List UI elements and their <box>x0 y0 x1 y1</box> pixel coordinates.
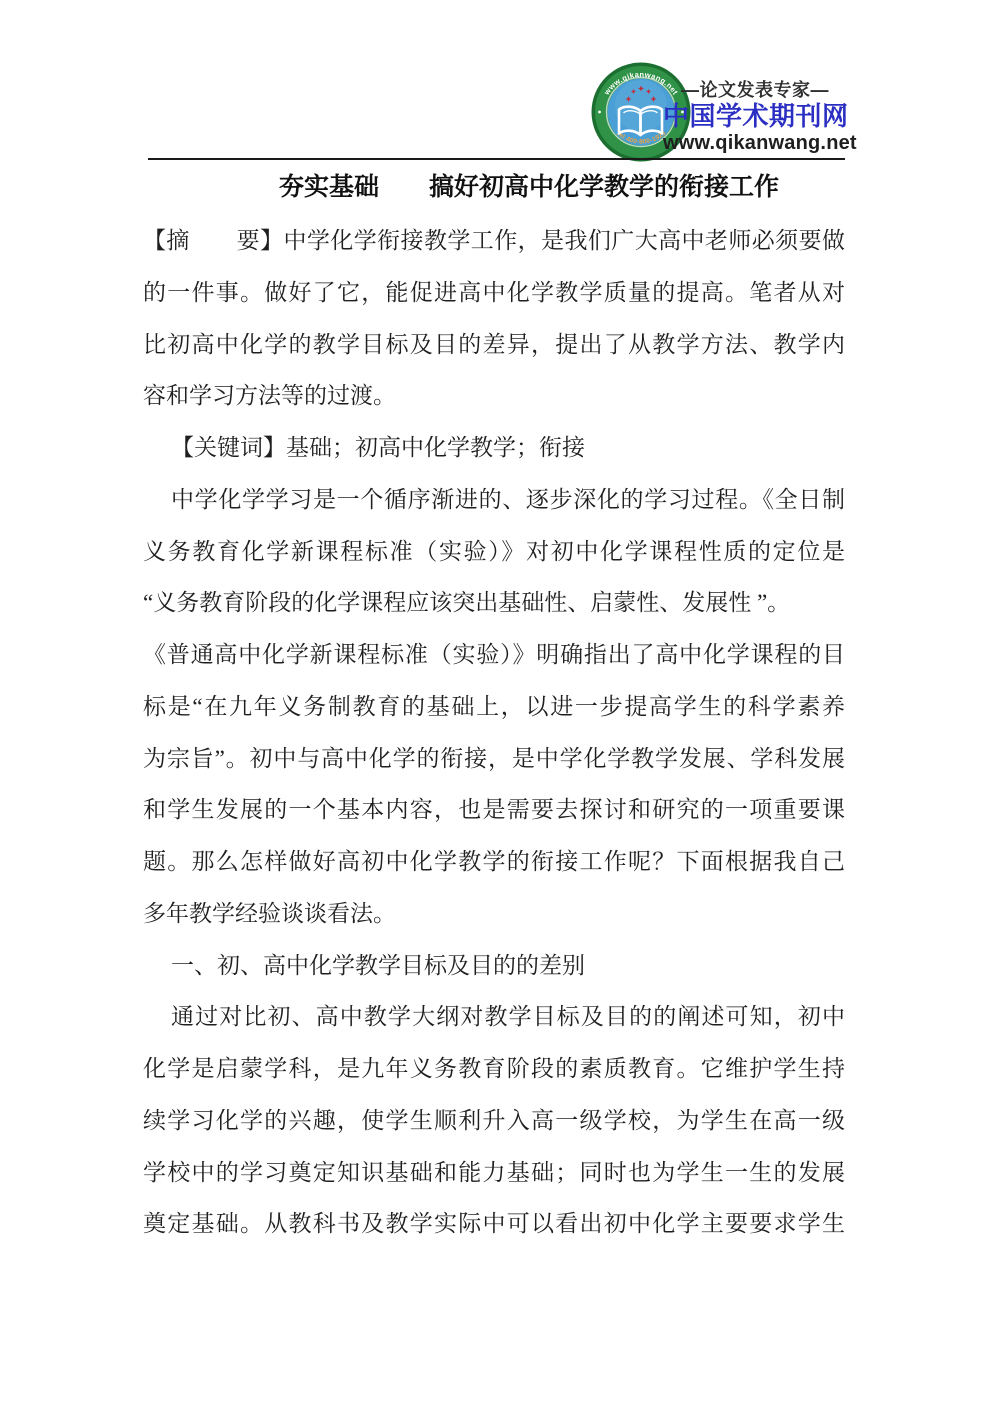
text-line: 题。那么怎样做好高初中化学教学的衔接工作呢？下面根据我自己 <box>143 836 845 888</box>
text-line: 《普通高中化学新课程标准（实验）》明确指出了高中化学课程的目 <box>143 629 845 681</box>
text-line: 比初高中化学的教学目标及目的差异，提出了从教学方法、教学内 <box>143 319 845 371</box>
page-title: 夯实基础 搞好初高中化学教学的衔接工作 <box>143 168 845 208</box>
text-line: 学校中的学习奠定知识基础和能力基础；同时也为学生一生的发展 <box>143 1147 845 1199</box>
brand-url: www.qikanwang.net <box>663 131 847 155</box>
text-line: 奠定基础。从教科书及教学实际中可以看出初中化学主要要求学生 <box>143 1198 845 1250</box>
brand-name: 中国学术期刊网 <box>663 102 847 131</box>
text-line: 容和学习方法等的过渡。 <box>143 370 845 422</box>
text-line: 的一件事。做好了它，能促进高中化学教学质量的提高。笔者从对 <box>143 267 845 319</box>
text-line: “义务教育阶段的化学课程应该突出基础性、启蒙性、发展性 ”。 <box>143 577 845 629</box>
document-page: www.qikanwang.net Tel 400-800-1923 —论文发表… <box>0 0 993 1404</box>
text-line: 【关键词】基础；初高中化学教学；衔接 <box>143 422 845 474</box>
text-line: 通过对比初、高中教学大纲对教学目标及目的的阐述可知，初中 <box>143 991 845 1043</box>
text-line: 【摘 要】中学化学衔接教学工作，是我们广大高中老师必须要做 <box>143 215 845 267</box>
text-line: 标是“在九年义务制教育的基础上，以进一步提高学生的科学素养 <box>143 681 845 733</box>
text-line: 为宗旨”。初中与高中化学的衔接，是中学化学教学发展、学科发展 <box>143 733 845 785</box>
brand-tagline: —论文发表专家— <box>663 79 847 102</box>
text-line: 一、初、高中化学教学目标及目的的差别 <box>143 940 845 992</box>
text-line: 和学生发展的一个基本内容，也是需要去探讨和研究的一项重要课 <box>143 784 845 836</box>
header-logo-text: —论文发表专家— 中国学术期刊网 www.qikanwang.net <box>663 79 847 155</box>
text-line: 中学化学学习是一个循序渐进的、逐步深化的学习过程。《全日制 <box>143 474 845 526</box>
body-text: 【摘 要】中学化学衔接教学工作，是我们广大高中老师必须要做的一件事。做好了它，能… <box>143 215 845 1250</box>
text-line: 义务教育化学新课程标准（实验）》对初中化学课程性质的定位是 <box>143 526 845 578</box>
text-line: 化学是启蒙学科，是九年义务教育阶段的素质教育。它维护学生持 <box>143 1043 845 1095</box>
text-line: 多年教学经验谈谈看法。 <box>143 888 845 940</box>
text-line: 续学习化学的兴趣，使学生顺利升入高一级学校，为学生在高一级 <box>143 1095 845 1147</box>
header-rule <box>148 158 845 160</box>
